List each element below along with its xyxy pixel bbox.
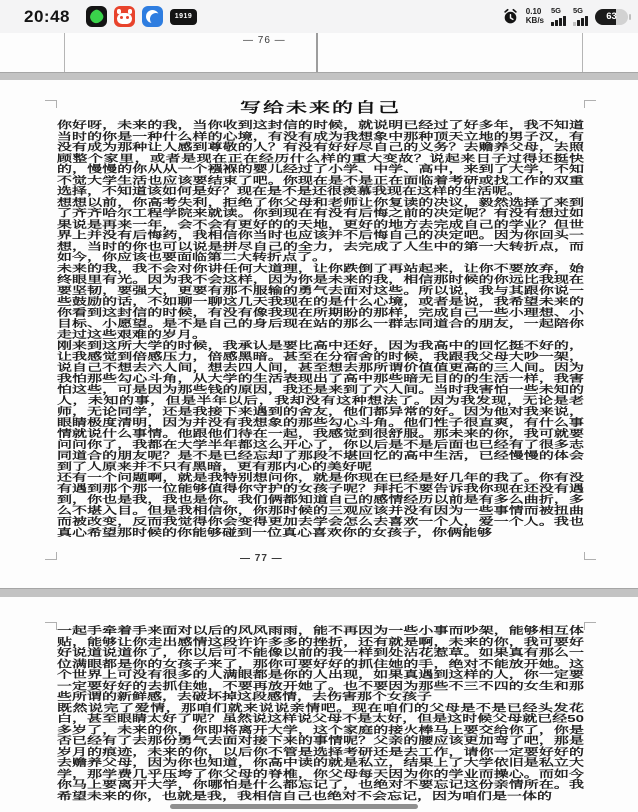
phone-screen: 20:48 1919 [0, 0, 638, 812]
paragraph: 还有一个问题啊，就是我特别想问你，就是你现在已经是好几年的我了。你有没有遇到那个… [57, 473, 584, 539]
margin-corner-mark [584, 622, 596, 630]
page-77-paragraphs: 你好呀，未来的我，当你收到这封信的时候，就说明已经过了好多年，我不知道当时的你是… [57, 121, 584, 539]
status-bar-right: 0.10 KB/s 5G 5G 63 [502, 7, 628, 26]
paragraph: 刚来到这所大学的时候，我承认是要比高中还好，因为我高中的回忆挺不好的，让我感觉到… [57, 341, 584, 473]
sim1-network-label: 5G [551, 7, 561, 15]
document-title: 写给未来的自己 [57, 100, 584, 117]
status-bar: 20:48 1919 [0, 0, 638, 33]
margin-corner-mark [45, 552, 57, 560]
sim1-signal-bars [551, 16, 566, 26]
mascot-eye [120, 16, 123, 19]
clock-time: 20:48 [24, 7, 70, 27]
network-speed: 0.10 KB/s [526, 8, 544, 25]
page-78-paragraphs: 一起手牵着手来面对以后的风风雨雨，能不再因为一些小事而吵架，能够相互体贴，能够让… [57, 626, 584, 802]
page-gap [0, 72, 638, 80]
page-gap [0, 588, 638, 597]
table-border-line [316, 33, 318, 72]
document-page-77: 写给未来的自己 你好呀，未来的我，当你收到这封信的时候，就说明已经过了好多年，我… [0, 80, 638, 588]
sim2-signal-bars [573, 16, 588, 26]
margin-corner-mark [584, 100, 596, 108]
swirl-glyph-cut [150, 13, 162, 25]
table-border-line [582, 33, 583, 72]
blue-swirl-app-icon [142, 6, 163, 27]
battery-percent: 63 [595, 9, 628, 25]
mascot-face [117, 13, 132, 24]
battery-indicator: 63 [595, 9, 628, 25]
margin-corner-mark [45, 100, 57, 108]
alarm-clock-icon [502, 8, 519, 25]
sim2-signal-icon: 5G [573, 7, 588, 26]
sim1-signal-icon: 5G [551, 7, 566, 26]
green-blob-glyph [88, 8, 105, 25]
table-border-line [64, 33, 65, 72]
margin-corner-mark [584, 552, 596, 560]
black-badge-app-icon: 1919 [170, 9, 197, 25]
battery-tip [629, 14, 632, 20]
paragraph: 想想以前，你高考失利，拒绝了你父母和老师让你复读的决议，毅然选择了来到了齐齐哈尔… [57, 198, 584, 264]
home-indicator[interactable] [170, 804, 418, 809]
paragraph: 你好呀，未来的我，当你收到这封信的时候，就说明已经过了好多年，我不知道当时的你是… [57, 121, 584, 198]
page-77-text: 写给未来的自己 你好呀，未来的我，当你收到这封信的时候，就说明已经过了好多年，我… [57, 96, 584, 539]
paragraph: 一起手牵着手来面对以后的风风雨雨，能不再因为一些小事而吵架，能够相互体贴，能够让… [57, 626, 584, 703]
page-78-text: 一起手牵着手来面对以后的风风雨雨，能不再因为一些小事而吵架，能够相互体贴，能够让… [57, 626, 584, 802]
paragraph: 既然说完了爱情，那咱们就来说说亲情吧。现在咱们的父母是不是已经头发花白，甚至眼睛… [57, 703, 584, 802]
red-mascot-app-icon [114, 6, 135, 27]
badge-label: 1919 [175, 13, 193, 20]
margin-corner-mark [45, 622, 57, 630]
network-speed-unit: KB/s [526, 17, 544, 26]
mascot-eye [126, 16, 129, 19]
document-page-78: 一起手牵着手来面对以后的风风雨雨，能不再因为一些小事而吵架，能够相互体贴，能够让… [0, 597, 638, 812]
notification-icons: 1919 [86, 6, 197, 27]
page-number-77: — 77 — [240, 553, 283, 564]
sim2-network-label: 5G [573, 7, 583, 15]
green-blob-app-icon [86, 6, 107, 27]
previous-page-bottom: — 76 — [0, 33, 638, 72]
page-number-76: — 76 — [243, 35, 286, 46]
paragraph: 未来的我，我不会对你讲任何大道理，让你跌倒了再站起来，让你不要放弃，始终眼里有光… [57, 264, 584, 341]
